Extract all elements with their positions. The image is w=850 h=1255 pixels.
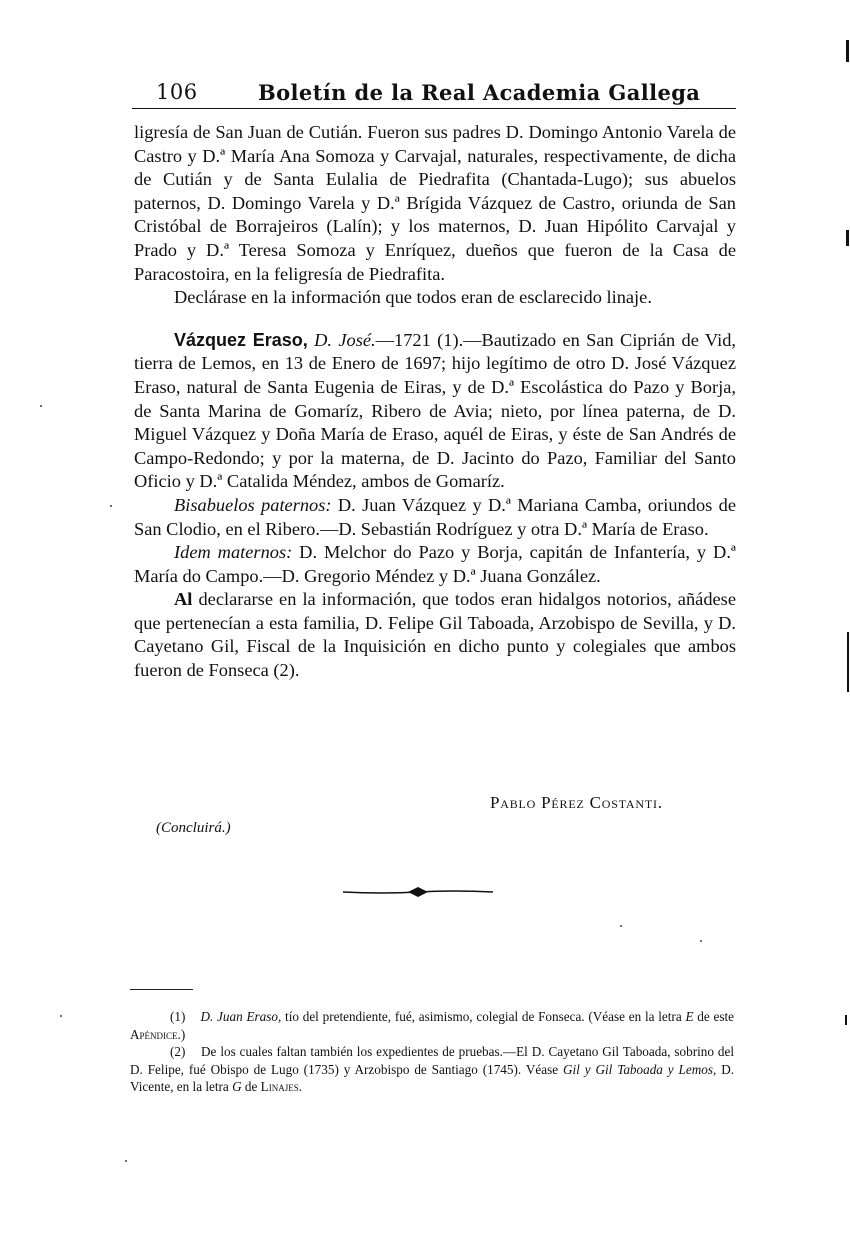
footnote-1: (1) D. Juan Eraso, tío del pretendiente,… [130,1008,734,1043]
scan-speck [110,505,112,507]
idem-label: Idem maternos: [174,542,292,562]
running-header: 106 Boletín de la Real Academia Gallega [134,78,736,108]
footnote-text: de [242,1079,261,1094]
footnote-smallcaps: Linajes [261,1079,299,1094]
bisabuelos-paternos: Bisabuelos paternos: D. Juan Vázquez y D… [134,494,736,541]
scan-speck [125,1160,127,1162]
entry-paragraph: Vázquez Eraso, D. José.—1721 (1).—Bautiz… [134,329,736,494]
scan-speck [40,405,42,407]
footnote-italic-lead: D. Juan Eraso, [200,1009,281,1024]
footnote-marker: (2) [170,1044,185,1059]
document-page: 106 Boletín de la Real Academia Gallega … [0,0,850,1255]
idem-maternos: Idem maternos: D. Melchor do Pazo y Borj… [134,541,736,588]
footnote-smallcaps: Apéndice [130,1027,178,1042]
body-text: ligresía de San Juan de Cutián. Fueron s… [134,121,736,683]
footnotes: (1) D. Juan Eraso, tío del pretendiente,… [130,1008,734,1096]
final-paragraph: Al declararse en la información, que tod… [134,588,736,682]
scan-speck [620,925,622,927]
footnote-text: de este [694,1009,735,1024]
ornament-divider-icon [343,884,493,900]
footnote-2: (2) De los cuales faltan también los exp… [130,1043,734,1096]
scan-speck [700,940,702,942]
footnote-letter: E [685,1009,693,1024]
entry-name: Vázquez Eraso, [174,330,308,350]
bisabuelos-label: Bisabuelos paternos: [174,495,332,515]
continuation-note: (Concluirá.) [156,820,231,837]
entry-given-name: D. José. [314,330,376,350]
spacer [134,310,736,329]
footnote-italic-ref: Gil y Gil Taboada y Lemos, [563,1062,716,1077]
margin-mark [846,230,849,246]
final-lead: Al [174,589,192,609]
running-title: Boletín de la Real Academia Gallega [258,80,700,105]
final-text: declararse en la información, que todos … [134,589,736,680]
margin-mark [845,1015,847,1025]
footnote-text: tío del pretendiente, fué, asimismo, col… [281,1009,685,1024]
page-number: 106 [156,80,198,104]
scan-speck [60,1015,62,1017]
margin-mark [847,632,849,692]
entry-text: —1721 (1).—Bautizado en San Ciprián de V… [134,330,736,492]
author-signature: Pablo Pérez Costanti. [490,793,663,813]
paragraph: Declárase en la información que todos er… [134,286,736,310]
margin-mark [846,40,849,62]
paragraph: ligresía de San Juan de Cutián. Fueron s… [134,121,736,286]
footnote-marker: (1) [170,1009,185,1024]
footnote-text: .) [178,1027,186,1042]
header-rule [132,108,736,109]
footnote-rule [130,989,193,990]
footnote-text: . [299,1079,302,1094]
footnote-letter: G [232,1079,242,1094]
